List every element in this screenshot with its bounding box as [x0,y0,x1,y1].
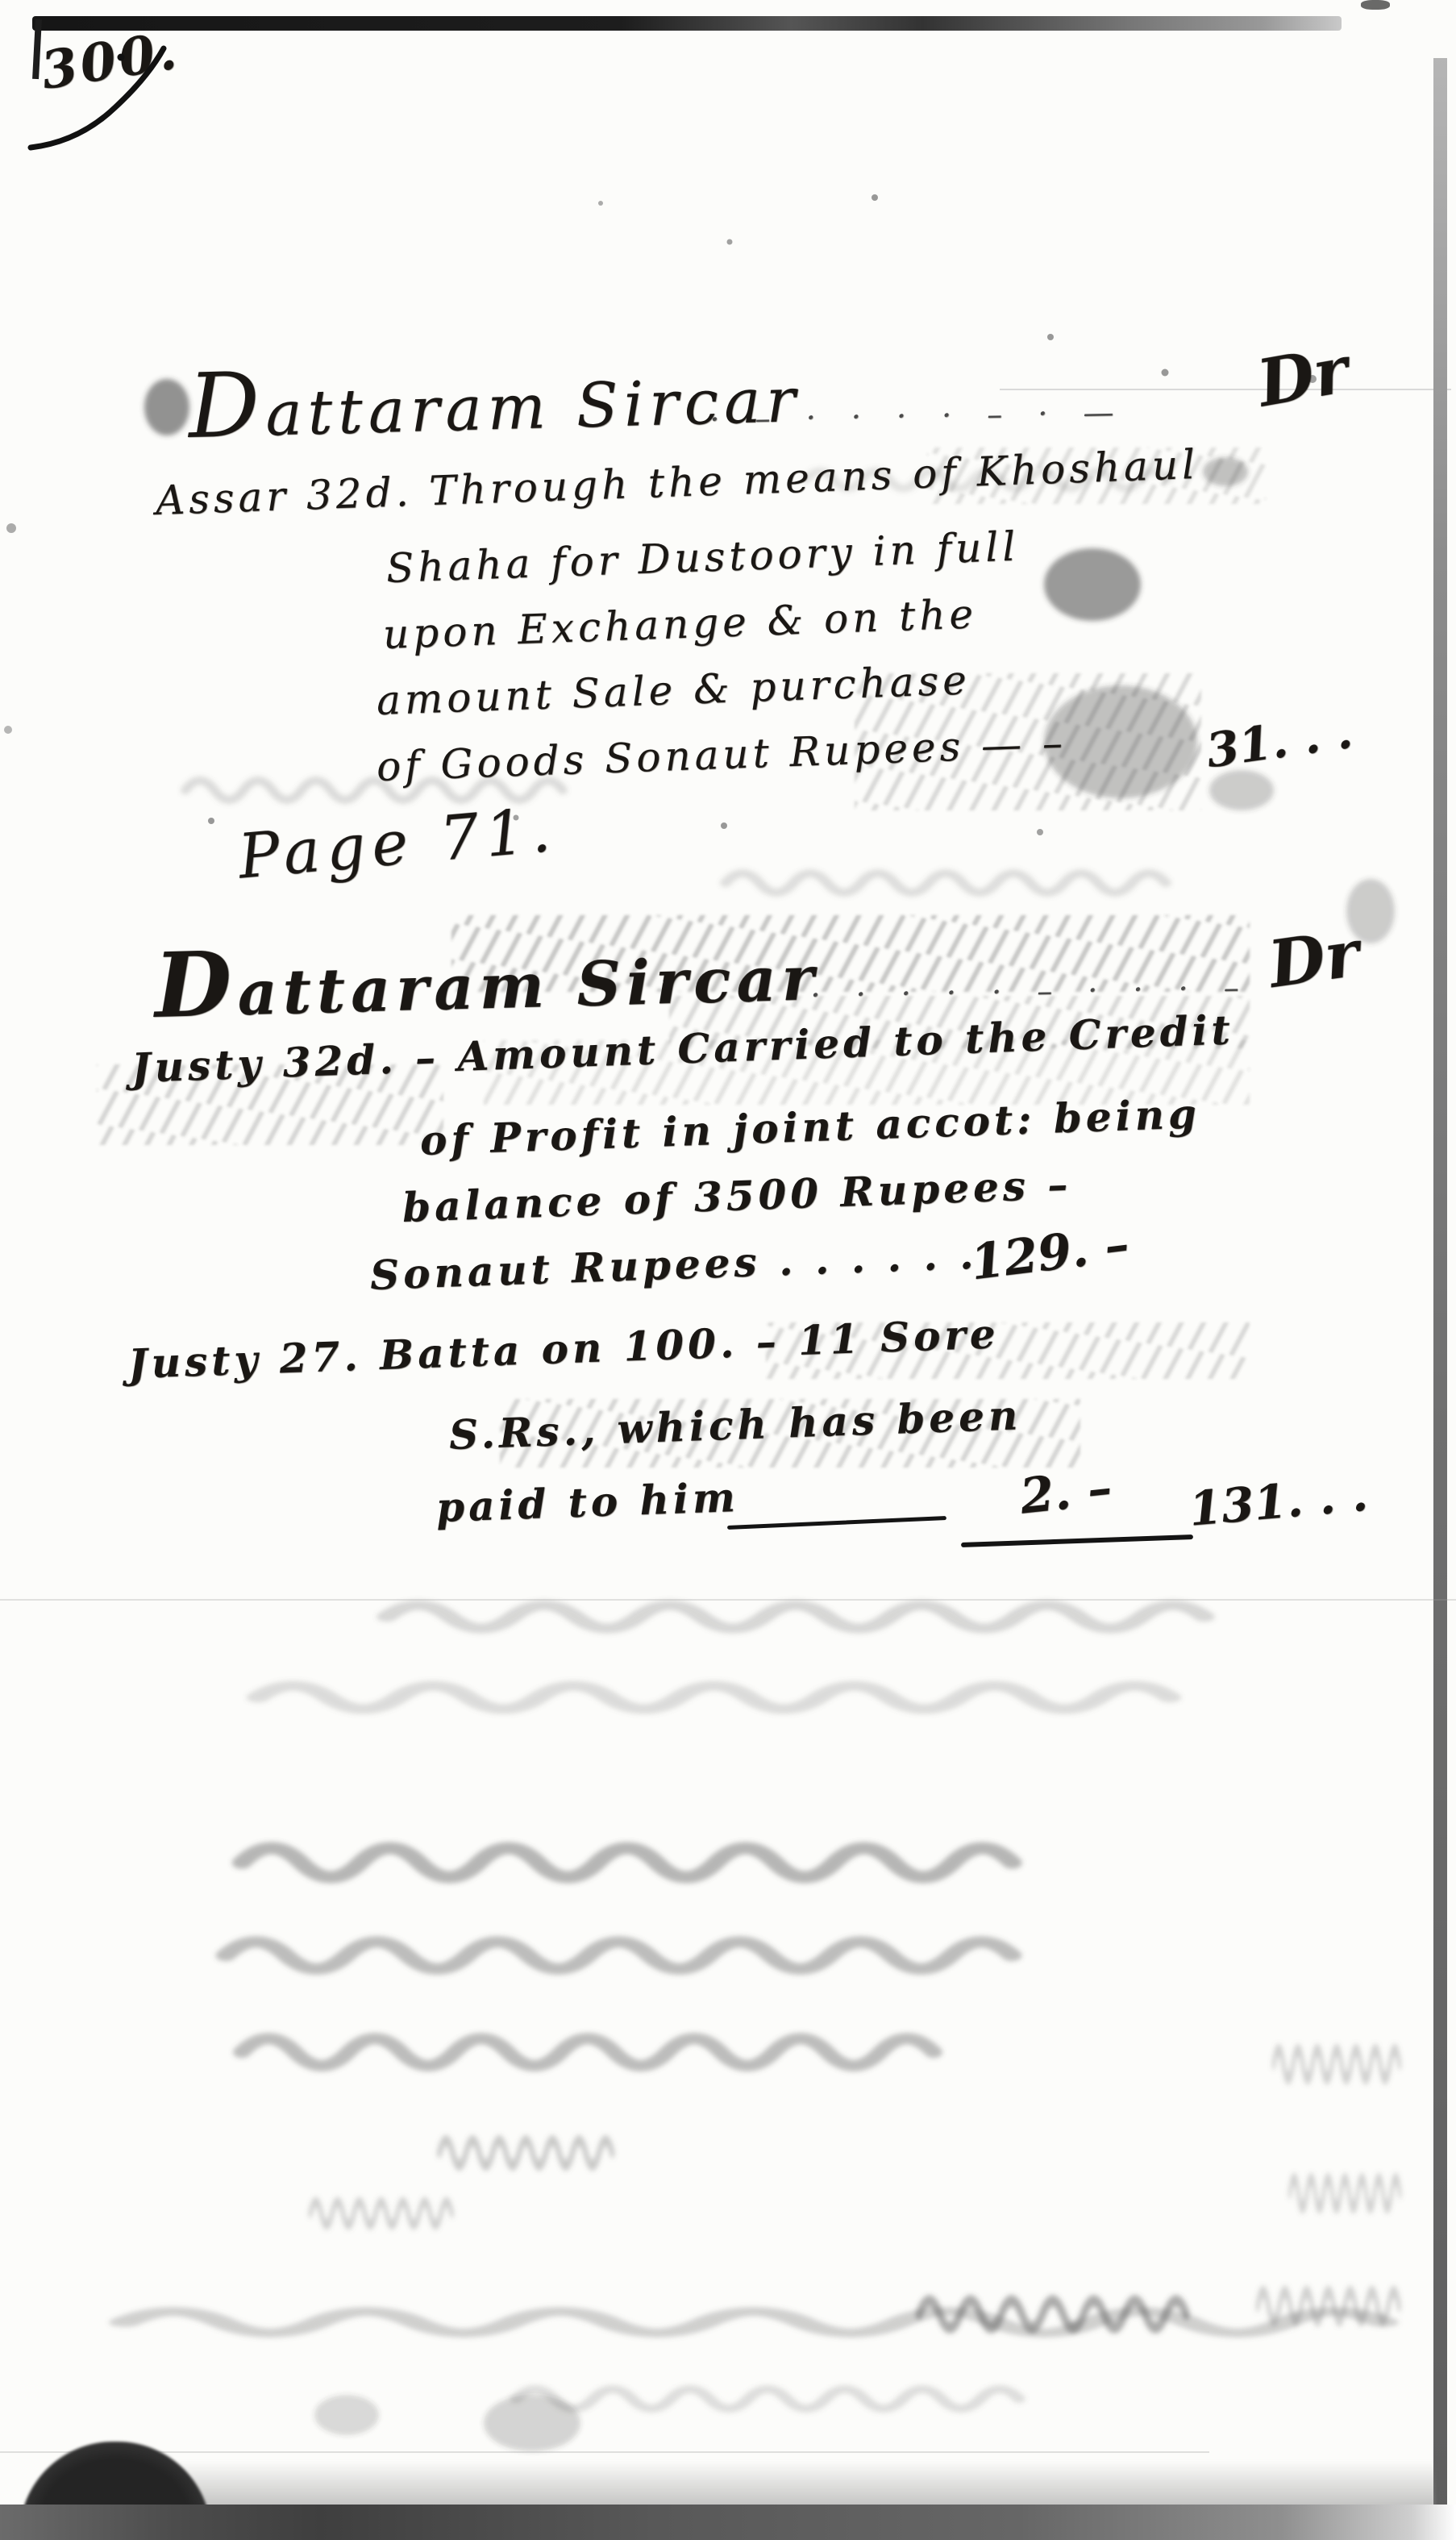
scan-hairline [0,1599,1456,1601]
bottom-haze [105,2461,1435,2511]
dr-abbrev-1: Dr [1252,331,1354,422]
scanned-ledger-page: 300. Dattaram Sircar · – · · · · – · — D… [0,0,1456,2540]
account-title-1: Dattaram Sircar [187,339,802,458]
top-right-edge-mark [1361,0,1390,10]
account-title-2: Dattaram Sircar [153,916,821,1038]
leader-dots-1: · – · · · · – · — [709,394,1127,437]
folio-flourish [15,31,192,168]
scan-hairline [1000,389,1451,390]
dr-abbrev-2: Dr [1264,914,1364,1002]
entry2-sub-amount: 2. – [1017,1459,1114,1525]
right-edge-border [1433,58,1447,2540]
scan-hairline [0,2451,1209,2453]
bottom-edge-band [0,2505,1456,2540]
top-edge-border [32,16,1342,31]
